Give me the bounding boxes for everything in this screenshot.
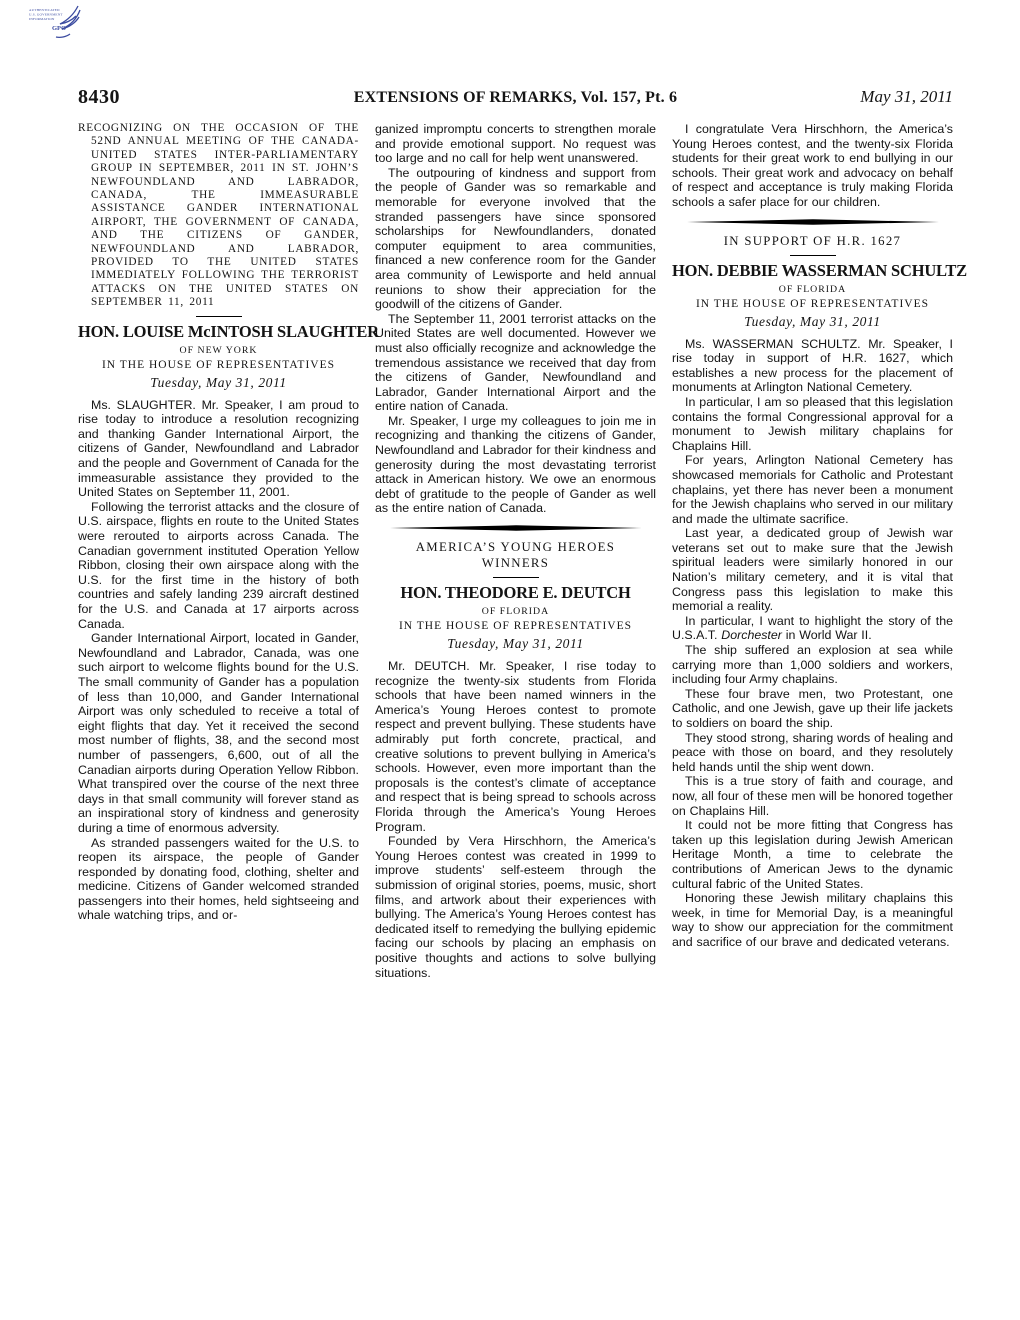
journal-title: EXTENSIONS OF REMARKS, Vol. 157, Pt. 6 bbox=[354, 89, 678, 107]
paragraph: Mr. Speaker, I urge my colleagues to joi… bbox=[375, 414, 656, 516]
paragraph: I congratulate Vera Hirschhorn, the Amer… bbox=[672, 122, 953, 210]
paragraph: The September 11, 2001 terrorist attacks… bbox=[375, 312, 656, 414]
column-middle: ganized impromptu concerts to strengthen… bbox=[375, 122, 656, 980]
text-segment: in World War II. bbox=[782, 628, 872, 642]
gpo-logo-line1: AUTHENTICATED bbox=[29, 8, 60, 12]
resolution-title: RECOGNIZING ON THE OCCASION OF THE 52ND … bbox=[78, 122, 359, 310]
session-date: Tuesday, May 31, 2011 bbox=[672, 314, 953, 330]
paragraph: Founded by Vera Hirschhorn, the America’… bbox=[375, 834, 656, 980]
session-date: Tuesday, May 31, 2011 bbox=[375, 636, 656, 652]
paragraph: Mr. DEUTCH. Mr. Speaker, I rise today to… bbox=[375, 659, 656, 834]
statement-paragraphs-continued: I congratulate Vera Hirschhorn, the Amer… bbox=[672, 122, 953, 210]
paragraph: In particular, I am so pleased that this… bbox=[672, 395, 953, 453]
paragraph: They stood strong, sharing words of heal… bbox=[672, 731, 953, 775]
speaker-state: OF NEW YORK bbox=[78, 345, 359, 356]
paragraph: As stranded passengers waited for the U.… bbox=[78, 836, 359, 924]
speaker-name: HON. LOUISE McINTOSH SLAUGHTER bbox=[78, 322, 359, 341]
paragraph: Following the terrorist attacks and the … bbox=[78, 500, 359, 631]
speaker-name: HON. DEBBIE WASSERMAN SCHULTZ bbox=[672, 261, 953, 280]
section-title: IN SUPPORT OF H.R. 1627 bbox=[700, 233, 925, 249]
paragraph: The ship suffered an explosion at sea wh… bbox=[672, 643, 953, 687]
statement-paragraphs: Ms. SLAUGHTER. Mr. Speaker, I am proud t… bbox=[78, 398, 359, 923]
section-separator-rule bbox=[390, 525, 642, 531]
section-separator-rule bbox=[687, 219, 939, 225]
paragraph: Last year, a dedicated group of Jewish w… bbox=[672, 526, 953, 614]
column-left: RECOGNIZING ON THE OCCASION OF THE 52ND … bbox=[78, 122, 359, 980]
statement-paragraphs: Ms. WASSERMAN SCHULTZ. Mr. Speaker, I ri… bbox=[672, 337, 953, 950]
paragraph: Ms. WASSERMAN SCHULTZ. Mr. Speaker, I ri… bbox=[672, 337, 953, 395]
page-header: 8430 EXTENSIONS OF REMARKS, Vol. 157, Pt… bbox=[78, 86, 953, 112]
text-segment: Dorchester bbox=[721, 628, 782, 642]
short-rule bbox=[196, 316, 242, 317]
issue-date: May 31, 2011 bbox=[860, 87, 953, 107]
text-segment: Mr. Speaker, I urge my colleagues to joi… bbox=[375, 414, 656, 516]
gpo-logo-line2: U.S. GOVERNMENT bbox=[29, 13, 63, 17]
short-rule bbox=[493, 577, 539, 578]
paragraph: Ms. SLAUGHTER. Mr. Speaker, I am proud t… bbox=[78, 398, 359, 500]
session-date: Tuesday, May 31, 2011 bbox=[78, 375, 359, 391]
short-rule bbox=[790, 255, 836, 256]
speaker-state: OF FLORIDA bbox=[672, 284, 953, 295]
text-segment: The September 11, 2001 terrorist attacks… bbox=[375, 312, 656, 414]
chamber-line: IN THE HOUSE OF REPRESENTATIVES bbox=[672, 298, 953, 310]
congressional-record-page: AUTHENTICATED U.S. GOVERNMENT INFORMATIO… bbox=[0, 0, 1020, 1320]
speaker-state: OF FLORIDA bbox=[375, 606, 656, 617]
paragraph: These four brave men, two Protestant, on… bbox=[672, 687, 953, 731]
speaker-name: HON. THEODORE E. DEUTCH bbox=[375, 583, 656, 602]
page-body: RECOGNIZING ON THE OCCASION OF THE 52ND … bbox=[78, 122, 953, 980]
statement-paragraphs-continued: ganized impromptu concerts to strengthen… bbox=[375, 122, 656, 516]
text-segment: The outpouring of kindness and support f… bbox=[375, 166, 656, 311]
section-title: AMERICA’S YOUNG HEROES WINNERS bbox=[403, 539, 628, 571]
paragraph: This is a true story of faith and courag… bbox=[672, 774, 953, 818]
gpo-authentication-logo: AUTHENTICATED U.S. GOVERNMENT INFORMATIO… bbox=[26, 4, 88, 48]
statement-paragraphs: Mr. DEUTCH. Mr. Speaker, I rise today to… bbox=[375, 659, 656, 980]
paragraph: ganized impromptu concerts to strengthen… bbox=[375, 122, 656, 166]
paragraph: In particular, I want to highlight the s… bbox=[672, 614, 953, 643]
paragraph: The outpouring of kindness and support f… bbox=[375, 166, 656, 312]
text-segment: ganized impromptu concerts to strengthen… bbox=[375, 122, 656, 165]
paragraph: Honoring these Jewish military chaplains… bbox=[672, 891, 953, 949]
column-right: I congratulate Vera Hirschhorn, the Amer… bbox=[672, 122, 953, 980]
page-number: 8430 bbox=[78, 86, 120, 109]
gpo-logo-line3: INFORMATION bbox=[29, 17, 55, 21]
paragraph: It could not be more fitting that Congre… bbox=[672, 818, 953, 891]
paragraph: Gander International Airport, located in… bbox=[78, 631, 359, 835]
chamber-line: IN THE HOUSE OF REPRESENTATIVES bbox=[375, 620, 656, 632]
chamber-line: IN THE HOUSE OF REPRESENTATIVES bbox=[78, 359, 359, 371]
paragraph: For years, Arlington National Cemetery h… bbox=[672, 453, 953, 526]
